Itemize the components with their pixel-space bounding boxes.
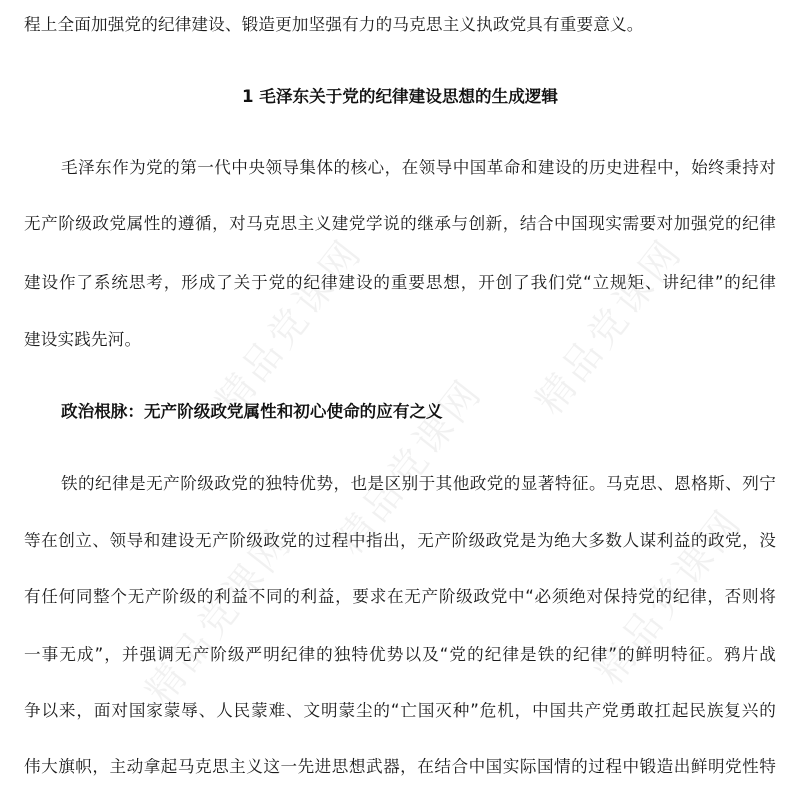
document-page: 精品党课网 精品党课网 精品党课网 精品党课网 精品党课网 程上全面加强党的纪律… [0,0,800,800]
paragraph-line: 毛泽东作为党的第一代中央领导集体的核心，在领导中国革命和建设的历史进程中，始终秉… [61,157,776,179]
paragraph-line: 程上全面加强党的纪律建设、锻造更加坚强有力的马克思主义执政党具有重要意义。 [24,14,776,36]
section-heading: 1 毛泽东关于党的纪律建设思想的生成逻辑 [0,86,800,108]
paragraph-line: 伟大旗帜，主动拿起马克思主义这一先进思想武器，在结合中国实际国情的过程中锻造出鲜… [24,756,776,778]
paragraph-line: 等在创立、领导和建设无产阶级政党的过程中指出，无产阶级政党是为绝大多数人谋利益的… [24,530,776,552]
paragraph-line: 无产阶级政党属性的遵循，对马克思主义建党学说的继承与创新，结合中国现实需要对加强… [24,213,776,235]
paragraph-line: 建设作了系统思考，形成了关于党的纪律建设的重要思想，开创了我们党“立规矩、讲纪律… [24,272,776,294]
paragraph-line: 争以来，面对国家蒙辱、人民蒙难、文明蒙尘的“亡国灭种”危机，中国共产党勇敢扛起民… [24,700,776,722]
watermark: 精品党课网 [200,225,373,424]
paragraph-line: 有任何同整个无产阶级的利益不同的利益，要求在无产阶级政党中“必须绝对保持党的纪律… [24,586,776,608]
watermark: 精品党课网 [520,225,693,424]
paragraph-line: 铁的纪律是无产阶级政党的独特优势，也是区别于其他政党的显著特征。马克思、恩格斯、… [61,473,776,495]
paragraph-line: 建设实践先河。 [24,329,776,351]
subsection-heading: 政治根脉：无产阶级政党属性和初心使命的应有之义 [61,401,443,423]
paragraph-line: 一事无成”，并强调无产阶级严明纪律的独特优势以及“党的纪律是铁的纪律”的鲜明特征… [24,644,776,666]
